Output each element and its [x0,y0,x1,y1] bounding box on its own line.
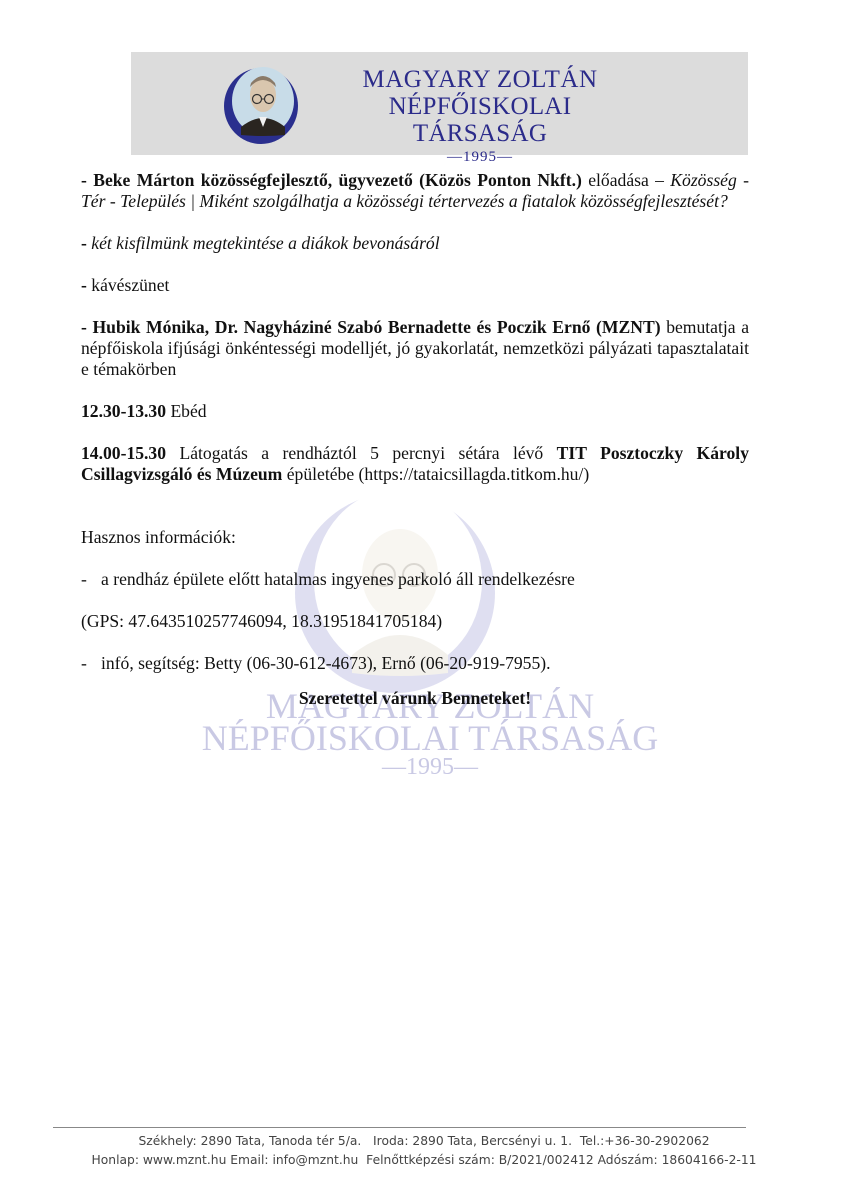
portrait-medallion-icon [223,65,299,145]
program-item-coffee-break: - kávészünet [81,275,749,296]
info-parking: -a rendház épülete előtt hatalmas ingyen… [81,569,749,590]
footer: Székhely: 2890 Tata, Tanoda tér 5/a. Iro… [40,1132,808,1170]
info-contact: -infó, segítség: Betty (06-30-612-4673),… [81,653,749,674]
footer-address-line: Székhely: 2890 Tata, Tanoda tér 5/a. Iro… [40,1132,808,1151]
program-item-films: - két kisfilmünk megtekintése a diákok b… [81,233,749,254]
info-gps: (GPS: 47.643510257746094, 18.31951841705… [81,611,749,632]
org-name-line2: NÉPFŐISKOLAI TÁRSASÁG [320,93,640,147]
speaker-name: Beke Márton közösségfejlesztő, ügyvezető… [93,170,582,190]
bullet-dash: - [81,569,101,590]
item-dash: - [81,233,91,253]
item-dash: - [81,317,93,337]
organization-title: MAGYARY ZOLTÁN NÉPFŐISKOLAI TÁRSASÁG —19… [320,66,640,167]
speaker-names: Hubik Mónika, Dr. Nagyháziné Szabó Berna… [93,317,661,337]
program-item-presentation: - Hubik Mónika, Dr. Nagyháziné Szabó Ber… [81,317,749,380]
org-founded-year: —1995— [320,147,640,167]
program-item-lecture: - Beke Márton közösségfejlesztő, ügyveze… [81,170,749,212]
info-text: a rendház épülete előtt hatalmas ingyene… [101,569,575,589]
item-text: két kisfilmünk megtekintése a diákok bev… [91,233,439,253]
footer-divider [53,1127,746,1128]
program-item-lunch: 12.30-13.30 Ebéd [81,401,749,422]
time-range: 14.00-15.30 [81,443,166,463]
info-text: infó, segítség: Betty (06-30-612-4673), … [101,653,551,673]
item-dash: - [81,170,93,190]
item-text-link: épületébe (https://tataicsillagda.titkom… [287,464,589,484]
closing-greeting: Szeretettel várunk Benneteket! [81,688,749,709]
item-text: Látogatás a rendháztól 5 percnyi sétára … [179,443,543,463]
document-body: - Beke Márton közösségfejlesztő, ügyveze… [81,170,749,730]
time-range: 12.30-13.30 [81,401,166,421]
bullet-dash: - [81,653,101,674]
program-item-visit: 14.00-15.30 Látogatás a rendháztól 5 per… [81,443,749,485]
useful-info-heading: Hasznos információk: [81,527,749,548]
item-suffix: előadása – [582,170,664,190]
footer-contact-line: Honlap: www.mznt.hu Email: info@mznt.hu … [40,1151,808,1170]
item-text: Ebéd [170,401,206,421]
item-dash: - [81,275,91,295]
org-name-line1: MAGYARY ZOLTÁN [320,66,640,93]
item-text: kávészünet [91,275,169,295]
